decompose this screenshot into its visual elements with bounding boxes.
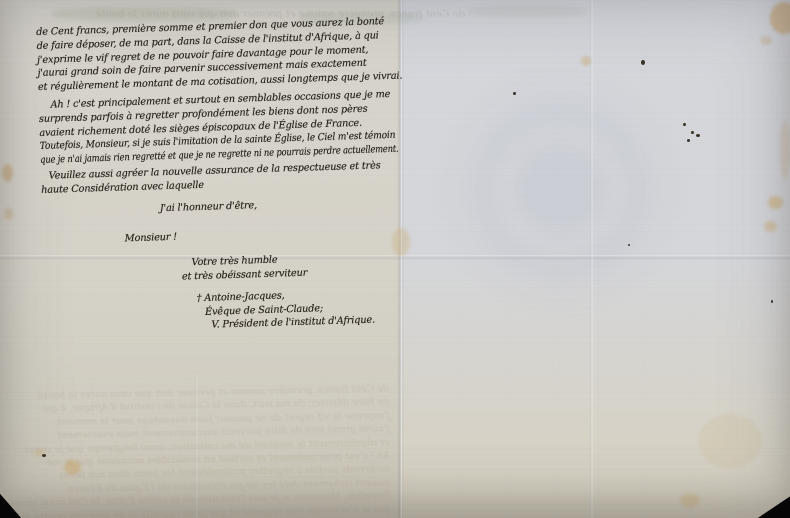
edge-vignette xyxy=(0,0,790,518)
photo-frame: de Cent francs, première somme et premie… xyxy=(0,0,790,518)
paper-sheet: de Cent francs, première somme et premie… xyxy=(0,0,790,518)
